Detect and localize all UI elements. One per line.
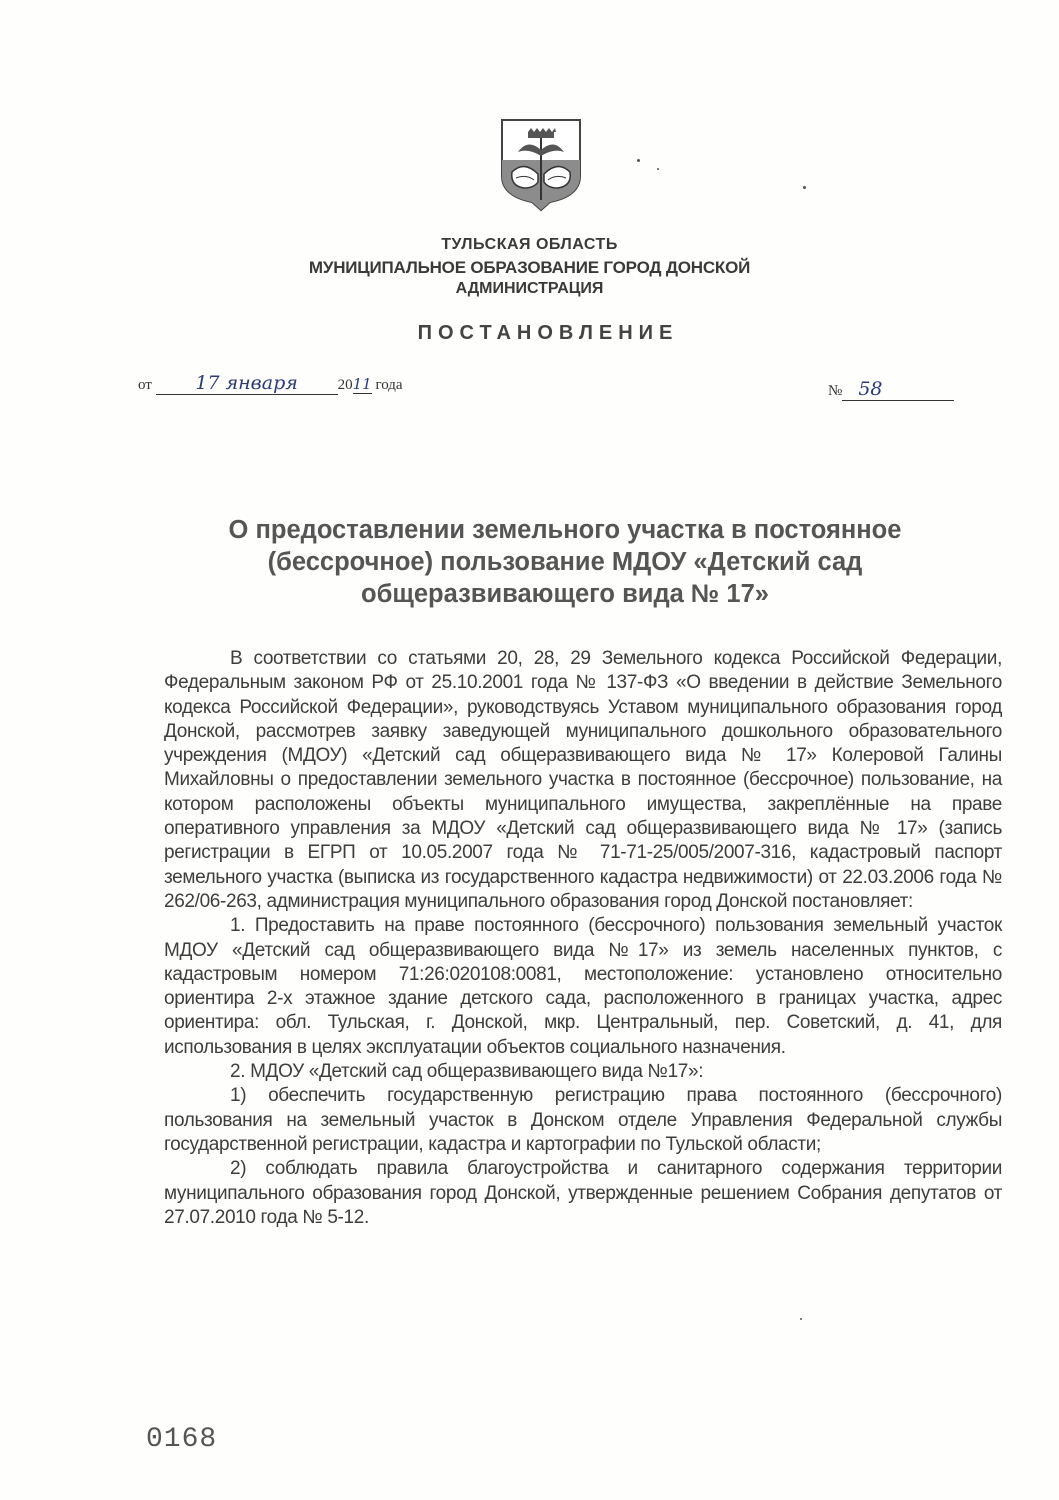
region-name: ТУЛЬСКАЯ ОБЛАСТЬ <box>0 236 1059 254</box>
municipality-name: МУНИЦИПАЛЬНОЕ ОБРАЗОВАНИЕ ГОРОД ДОНСКОЙ <box>0 258 1059 278</box>
date-prefix: от <box>138 377 152 393</box>
document-title: О предоставлении земельного участка в по… <box>150 514 980 610</box>
coat-of-arms-icon <box>498 116 584 212</box>
document-body: В соответствии со статьями 20, 28, 29 Зе… <box>164 647 1002 1230</box>
number-prefix: № <box>828 383 842 399</box>
document-type: ПОСТАНОВЛЕНИЕ <box>0 322 1059 345</box>
scan-speck <box>803 186 806 189</box>
item-2-1-paragraph: 1) обеспечить государственную регистраци… <box>164 1084 1002 1157</box>
document-page: ТУЛЬСКАЯ ОБЛАСТЬ МУНИЦИПАЛЬНОЕ ОБРАЗОВАН… <box>0 0 1059 1500</box>
scan-speck <box>800 1318 802 1320</box>
handwritten-date: 17 января <box>156 372 338 395</box>
scan-speck <box>657 168 659 170</box>
preamble-paragraph: В соответствии со статьями 20, 28, 29 Зе… <box>164 647 1002 914</box>
item-2-2-paragraph: 2) соблюдать правила благоустройства и с… <box>164 1157 1002 1230</box>
date-line: от 17 января2011 года <box>138 372 403 395</box>
page-stamp-number: 0168 <box>146 1424 217 1455</box>
year-prefix: 20 <box>338 377 353 393</box>
handwritten-number: 58 <box>842 378 954 401</box>
administration-label: АДМИНИСТРАЦИЯ <box>0 280 1059 298</box>
date-suffix: года <box>375 377 402 393</box>
item-2-paragraph: 2. МДОУ «Детский сад общеразвивающего ви… <box>164 1060 1002 1084</box>
item-1-paragraph: 1. Предоставить на праве постоянного (бе… <box>164 914 1002 1060</box>
handwritten-year: 11 <box>353 375 372 394</box>
scan-speck <box>637 159 640 162</box>
number-line: №58 <box>828 378 954 401</box>
